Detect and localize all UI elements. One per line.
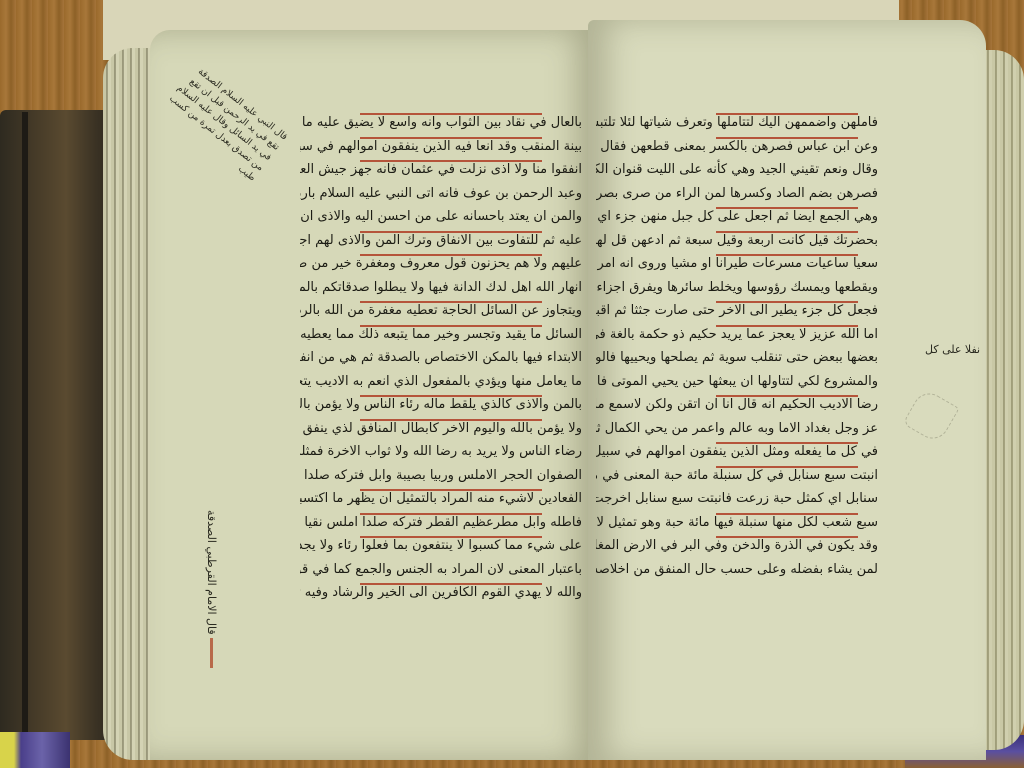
book-stack-left (0, 732, 70, 768)
manuscript-line: والمن ان يعتد باحسانه على من احسن اليه و… (300, 206, 582, 230)
manuscript-line: بينة المنقب وقد انعا فيه الذين ينفقون ام… (300, 136, 582, 160)
manuscript-line: وقال ونعم تقيني الجيد وهي كأنه على الليت… (596, 159, 878, 183)
manuscript-line: انهار الله اهل لدك الدانة فيها ولا يبطلو… (300, 277, 582, 301)
manuscript-line: والمشروع لكي لتتاولها ان يبعثها حين يحيي… (596, 371, 878, 395)
manuscript-line: انبتت سبع سنابل في كل سنبلة مائة حبة الم… (596, 465, 878, 489)
manuscript-line: ما يعامل منها ويؤدي بالمفعول الذي انعم ب… (300, 371, 582, 395)
manuscript-line: السائل ما يقيد وتجسر وخير مما يتبعه ذلك … (300, 324, 582, 348)
manuscript-line: بعضها ببعض حتى تنقلب سوية ثم يصلحها ويحي… (596, 347, 878, 371)
manuscript-line: على شيء مما كسبوا لا ينتفعون بما فعلوا ر… (300, 535, 582, 559)
manuscript-line: وهي الجمع ايضا ثم اجعل على كل جبل منهن ج… (596, 206, 878, 230)
manuscript-line: بحضرتك قيل كانت اربعة وقيل سبعة ثم ادعهن… (596, 230, 878, 254)
manuscript-line: ولا يؤمن بالله واليوم الاخر كابطال المنا… (300, 418, 582, 442)
manuscript-line: فصرهن بضم الصاد وكسرها لمن الراء من صرى … (596, 183, 878, 207)
manuscript-line: فجعل كل جزء يطير الى الاخر حتى صارت جثثا… (596, 300, 878, 324)
manuscript-line: سعيا ساعيات مسرعات طيرانا او مشيا وروى ا… (596, 253, 878, 277)
left-page-text: بالعال في نقاد بين الثواب وانه واسع لا ي… (300, 112, 582, 606)
left-margin-note-bottom: قال الامام القرطبي الصدقة (205, 510, 218, 668)
manuscript-line: سبع شعب لكل منها سنبلة فيها مائة حبة وهو… (596, 512, 878, 536)
manuscript-line: فاملهن واضممهن اليك لتتاملها وتعرف شياته… (596, 112, 878, 136)
manuscript-line: لمن يشاء بفضله وعلى حسب حال المنفق من اخ… (596, 559, 878, 583)
manuscript-line: رضاء الناس ولا يريد به رضا الله ولا ثواب… (300, 441, 582, 465)
manuscript-line: الصفوان الحجر الاملس وربيا بصيبة وابل فت… (300, 465, 582, 489)
manuscript-line: انفقوا منا ولا اذى نزلت في عثمان فانه جه… (300, 159, 582, 183)
right-margin-note: نفلا على كل (925, 343, 980, 356)
rubric-mark (210, 638, 213, 668)
manuscript-line: سنابل اي كمثل حبة زرعت فانبتت سبع سنابل … (596, 488, 878, 512)
manuscript-line: بالمن والاذى كالذي يلقط ماله رئاء الناس … (300, 394, 582, 418)
manuscript-line: الابتداء فيها بالمكن الاختصاص بالصدقة ثم… (300, 347, 582, 371)
manuscript-line: والله لا يهدي القوم الكافرين الى الخير و… (300, 582, 582, 606)
manuscript-line: وقد يكون في الذرة والدخن وفي البر في الا… (596, 535, 878, 559)
manuscript-line: في كل ما يفعله ومثل الذين ينفقون اموالهم… (596, 441, 878, 465)
manuscript-line: وعبد الرحمن بن عوف فانه اتى النبي عليه ا… (300, 183, 582, 207)
manuscript-line: الفعادين لاشيء منه المراد بالتمثيل ان يظ… (300, 488, 582, 512)
manuscript-line: باعتبار المعنى لان المراد به الجنس والجم… (300, 559, 582, 583)
manuscript-line: ويقطعها ويمسك رؤوسها ويخلط سائرها ويفرق … (596, 277, 878, 301)
manuscript-line: اما الله عزيز لا يعجز عما يريد حكيم ذو ح… (596, 324, 878, 348)
manuscript-line: عليه ثم للتفاوت بين الانفاق وترك المن وا… (300, 230, 582, 254)
binding-strip (22, 112, 28, 732)
manuscript-line: فاطله وابل مطرعظيم القطر فتركه صلدا املس… (300, 512, 582, 536)
manuscript-line: وعن ابن عباس فصرهن بالكسر بمعنى قطعهن فق… (596, 136, 878, 160)
manuscript-line: عز وجل بغداد الاما وبه عالم واعمر من يحي… (596, 418, 878, 442)
right-page-text: فاملهن واضممهن اليك لتتاملها وتعرف شياته… (596, 112, 878, 582)
manuscript-line: عليهم ولا هم يحزنون قول معروف ومغفرة خير… (300, 253, 582, 277)
manuscript-line: بالعال في نقاد بين الثواب وانه واسع لا ي… (300, 112, 582, 136)
manuscript-line: رضا الاديب الحكيم انه قال انا ان اتقن ول… (596, 394, 878, 418)
margin-note-text: قال الامام القرطبي الصدقة (205, 510, 218, 635)
manuscript-line: ويتجاوز عن السائل الحاجة تعطيه مغفرة من … (300, 300, 582, 324)
